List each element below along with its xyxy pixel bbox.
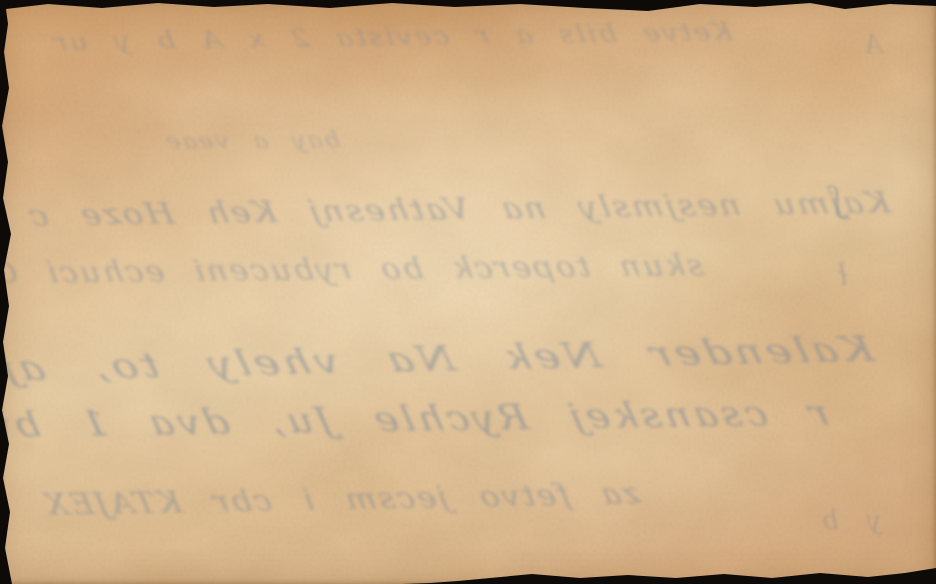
ghost-handwriting-line: za fetvo jecsm i cbr KTAJEX xyxy=(40,476,643,521)
ghost-handwriting-line: Ketve bils a r cevista 2 x A b y ur xyxy=(49,17,735,57)
postcard-paper: Ketve bils a r cevista 2 x A b y ur bay … xyxy=(0,0,936,584)
ghost-handwriting-line: Kalender Nek Na vhely to, ajut xyxy=(0,330,878,391)
handwriting-bleedthrough-layer: Ketve bils a r cevista 2 x A b y ur bay … xyxy=(0,0,936,584)
ghost-handwriting-line: bay a veae xyxy=(162,127,343,154)
ghost-handwriting-line: r csanskej Rychle Ju, dva 1 bw xyxy=(0,394,833,447)
ghost-handwriting-line: skun toperck bo rybuceni echuci G xyxy=(0,248,706,290)
ghost-handwriting-line: Kajmu nesjmsly na Vathesnj Keh Hoze c xyxy=(24,185,894,232)
ink-stray-mark: y b xyxy=(812,506,882,536)
ink-stray-mark: A xyxy=(856,30,883,60)
ink-stray-mark: ł xyxy=(838,258,848,293)
scan-background: Ketve bils a r cevista 2 x A b y ur bay … xyxy=(0,0,936,584)
ink-stray-mark: ʃ xyxy=(832,180,841,220)
